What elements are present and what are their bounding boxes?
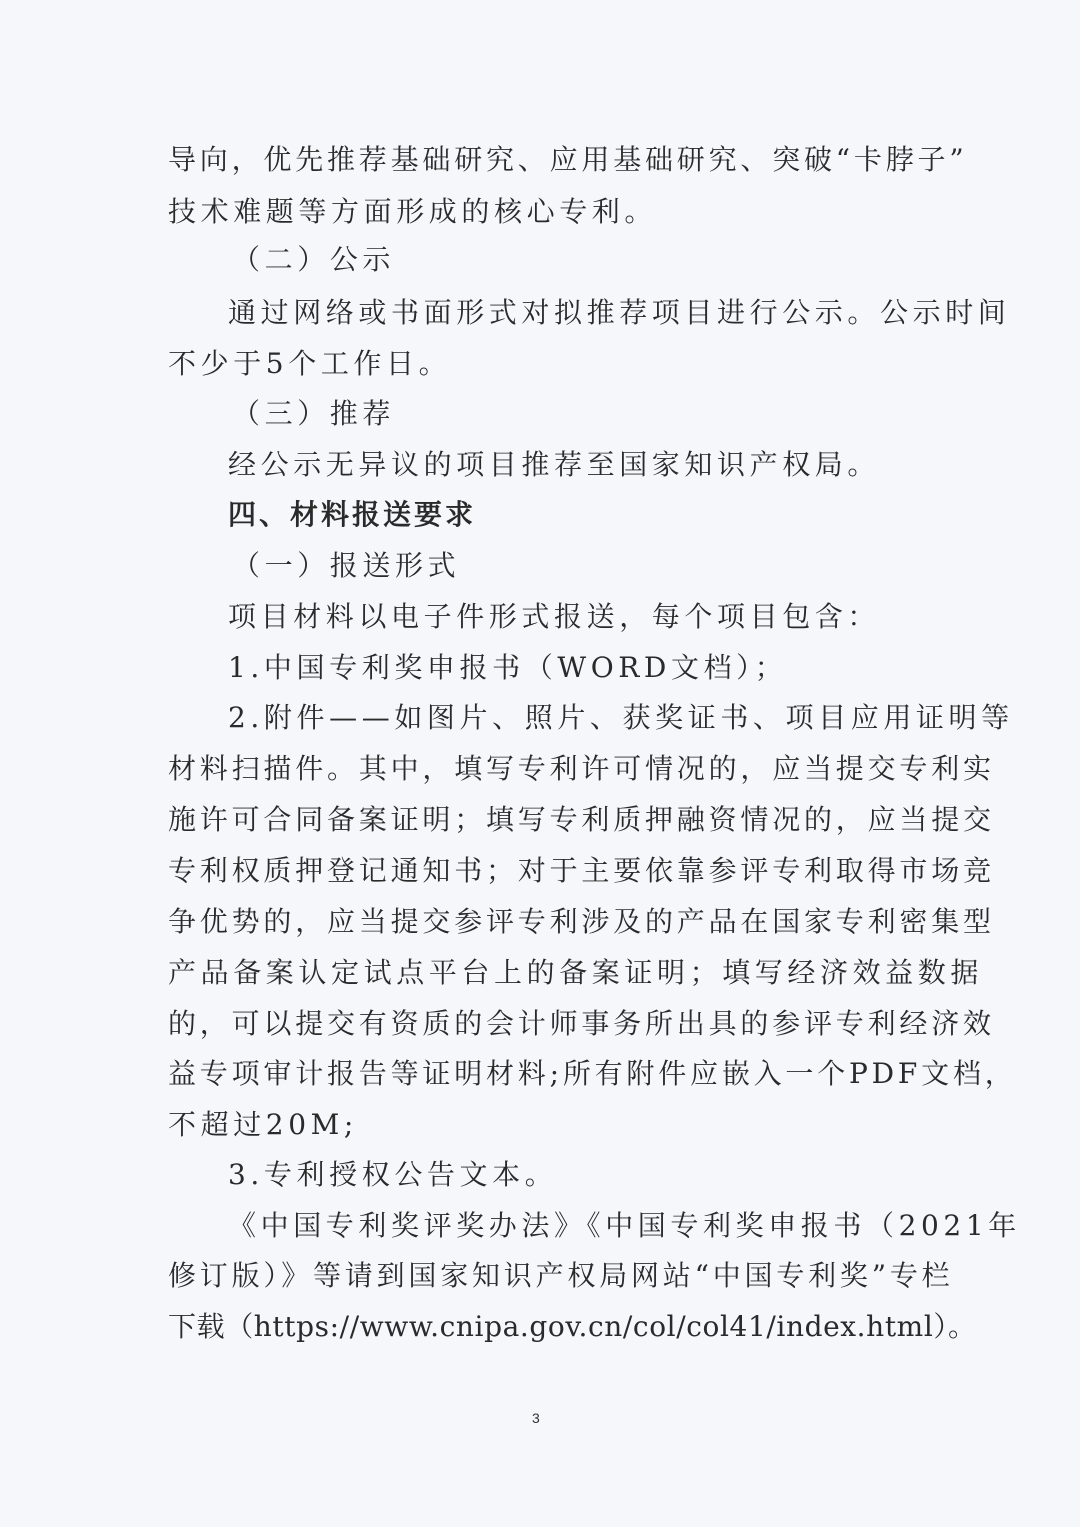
text-line: 导向，优先推荐基础研究、应用基础研究、突破“卡脖子” [168,142,928,178]
text-line: 《中国专利奖评奖办法》《中国专利奖申报书（2021年 [228,1208,988,1244]
text-line: 材料扫描件。其中，填写专利许可情况的，应当提交专利实 [168,751,928,787]
text-line: 通过网络或书面形式对拟推荐项目进行公示。公示时间 [228,295,988,331]
text-line: 益专项审计报告等证明材料;所有附件应嵌入一个PDF文档， [168,1056,928,1092]
text-line: 3.专利授权公告文本。 [228,1157,988,1193]
text-line: 项目材料以电子件形式报送，每个项目包含： [228,599,988,635]
page-number: 3 [532,1410,540,1426]
subsection-heading: （二）公示 [232,242,992,278]
text-line: 产品备案认定试点平台上的备案证明；填写经济效益数据 [168,955,928,991]
text-line: 2.附件——如图片、照片、获奖证书、项目应用证明等 [228,700,988,736]
text-line: 经公示无异议的项目推荐至国家知识产权局。 [228,447,988,483]
document-page: 导向，优先推荐基础研究、应用基础研究、突破“卡脖子”技术难题等方面形成的核心专利… [0,0,1080,1527]
subsection-heading: （三）推荐 [232,396,992,432]
text-line: 下载（https://www.cnipa.gov.cn/col/col41/in… [168,1309,928,1345]
text-line: 专利权质押登记通知书；对于主要依靠参评专利取得市场竞 [168,853,928,889]
text-line: 1.中国专利奖申报书（WORD文档）； [228,650,988,686]
text-line: 不少于5个工作日。 [168,346,928,382]
text-line: 争优势的，应当提交参评专利涉及的产品在国家专利密集型 [168,904,928,940]
text-line: 施许可合同备案证明；填写专利质押融资情况的，应当提交 [168,802,928,838]
subsection-heading: （一）报送形式 [232,548,992,584]
text-line: 不超过20M; [168,1107,928,1143]
text-line: 修订版）》等请到国家知识产权局网站“中国专利奖”专栏 [168,1258,928,1294]
section-heading: 四、材料报送要求 [228,497,988,533]
text-line: 的，可以提交有资质的会计师事务所出具的参评专利经济效 [168,1006,928,1042]
text-line: 技术难题等方面形成的核心专利。 [168,194,928,230]
